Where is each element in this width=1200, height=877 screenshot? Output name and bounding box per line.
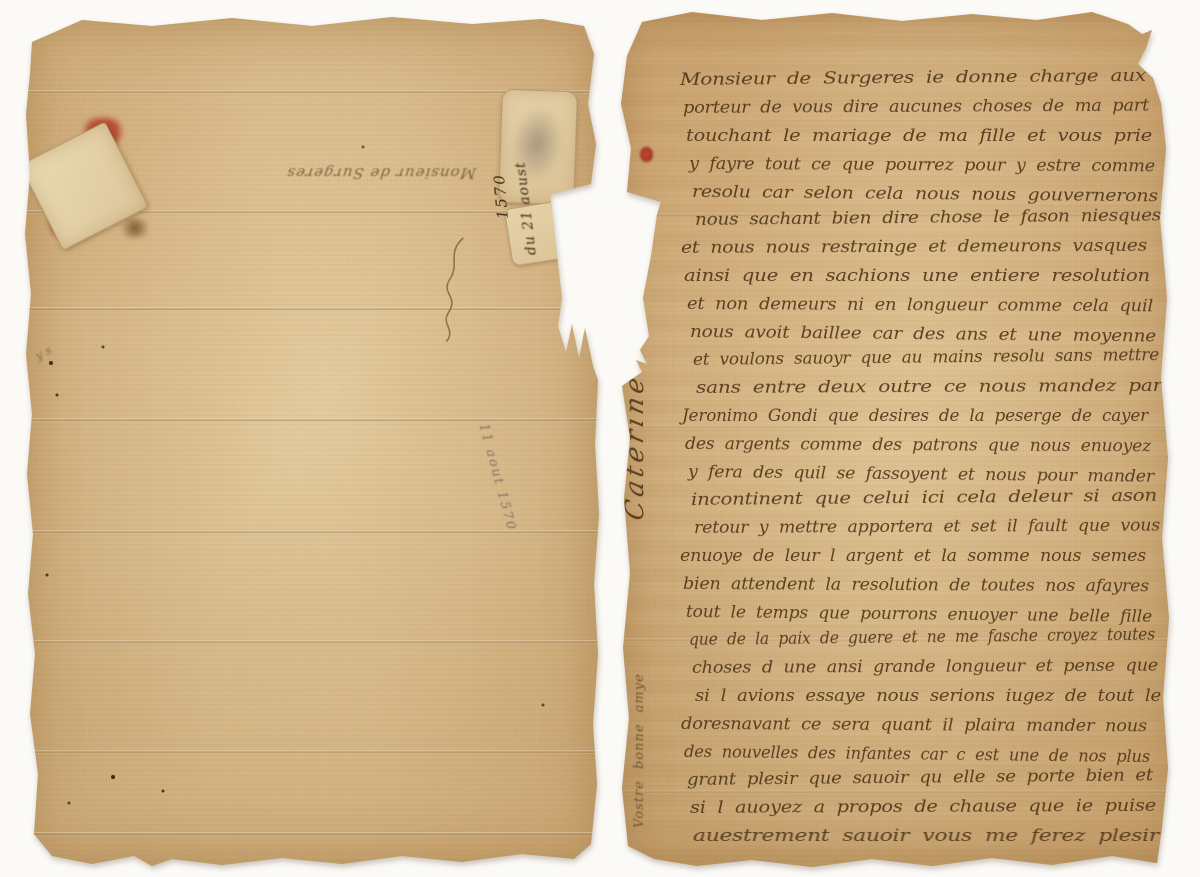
handwriting-line-text: y fayre tout ce que pourrez pour y estre… [689, 154, 1155, 176]
handwriting-line: porteur de vous dire aucunes choses de m… [683, 98, 1166, 126]
letter-body-text: Monsieur de Surgeres ie donne charge aux… [684, 70, 1166, 854]
handwriting-line-text: resolu car selon cela nous nous gouverne… [692, 182, 1158, 206]
handwriting-line: touchant le mariage de ma fille et vous … [686, 126, 1166, 154]
bleedthrough-line: que de la paix de guere et ne me fasche … [38, 758, 560, 793]
handwriting-line: Jeronimo Gondi que desires de la peserge… [682, 406, 1166, 434]
signature: Caterine [620, 371, 650, 523]
bleedthrough-line: tout le temps que pourrons enuoyer une b… [38, 723, 560, 758]
verso-paper: Monsieur de Surgeres ie donne charge aux… [22, 14, 602, 866]
ink-specks [22, 14, 24, 16]
closing-note: Vostre bonne amye [632, 673, 647, 828]
handwriting-line-text: porteur de vous dire aucunes choses de m… [683, 96, 1149, 118]
handwriting-line-text: incontinent que celui ici cela deleur si… [691, 486, 1157, 510]
handwriting-line-text: des nouvelles des infantes car c est une… [684, 742, 1150, 767]
bleedthrough-line: enuoye de leur l argent et la somme nous… [38, 653, 560, 688]
seal-stain [118, 218, 152, 238]
handwriting-line: incontinent que celui ici cela deleur si… [691, 490, 1166, 518]
handwriting-line-text: si l auoyez a propos de chause que ie pu… [690, 796, 1156, 818]
margin-closing-note: Vostre bonne amye Caterine [620, 344, 668, 864]
handwriting-line: nous sachant bien dire chose le fason ni… [695, 210, 1166, 238]
handwriting-line-text: doresnavant ce sera quant il plaira mand… [681, 714, 1147, 736]
handwriting-line: y fayre tout ce que pourrez pour y estre… [689, 154, 1166, 182]
bleedthrough-line: retour y mettre apportera et set il faul… [38, 618, 560, 653]
bleedthrough-line: et non demeurs ni en longueur comme cela… [38, 338, 560, 373]
handwriting-line-text: sans entre deux outre ce nous mandez par [696, 376, 1162, 398]
letter-recto-page: Monsieur de Surgeres ie donne charge aux… [612, 8, 1188, 872]
handwriting-line: que de la paix de guere et ne me fasche … [689, 630, 1166, 658]
handwriting-line: choses d une ansi grande longueur et pen… [692, 658, 1166, 686]
wax-seal-remnant [640, 146, 653, 163]
bleedthrough-line: nous sachant bien dire chose le fason ni… [38, 233, 560, 268]
photograph: Monsieur de Surgeres ie donne charge aux… [0, 0, 1200, 877]
handwriting-line-text: choses d une ansi grande longueur et pen… [692, 656, 1158, 678]
bleedthrough-line: Monsieur de Surgeres ie donne charge aux [38, 58, 560, 93]
bleedthrough-line: Jeronimo Gondi que desires de la peserge… [38, 478, 560, 513]
handwriting-line-text: si l avions essaye nous serions iugez de… [695, 686, 1161, 706]
handwriting-line: retour y mettre apportera et set il faul… [694, 518, 1166, 546]
handwriting-line-text: et non demeurs ni en longueur comme cela… [687, 294, 1153, 316]
handwriting-line: si l auoyez a propos de chause que ie pu… [690, 798, 1166, 826]
handwriting-line: Monsieur de Surgeres ie donne charge aux [680, 70, 1166, 98]
handwriting-line: grant plesir que sauoir qu elle se porte… [687, 770, 1166, 798]
handwriting-line-text: tout le temps que pourrons enuoyer une b… [686, 602, 1152, 627]
bleedthrough-line: bien attendent la resolution de toutes n… [38, 688, 560, 723]
handwriting-line-text: grant plesir que sauoir qu elle se porte… [687, 765, 1153, 790]
handwriting-line: auestrement sauoir vous me ferez plesir [693, 826, 1166, 854]
handwriting-line-text: que de la paix de guere et ne me fasche … [689, 625, 1155, 650]
handwriting-line-text: ainsi que en sachions une entiere resolu… [684, 266, 1150, 286]
bleedthrough-line: des argents comme des patrons que nous e… [38, 513, 560, 548]
handwriting-line-text: enuoye de leur l argent et la somme nous… [680, 546, 1146, 566]
handwriting-line: enuoye de leur l argent et la somme nous… [680, 546, 1166, 574]
handwriting-line-text: bien attendent la resolution de toutes n… [683, 574, 1149, 596]
handwriting-line-text: auestrement sauoir vous me ferez plesir [693, 826, 1159, 846]
handwriting-line-text: Jeronimo Gondi que desires de la peserge… [682, 406, 1148, 426]
handwriting-line-text: et nous nous restrainge et demeurons vas… [681, 236, 1147, 258]
handwriting-line: et voulons sauoyr que au mains resolu sa… [693, 350, 1166, 378]
bleedthrough-line: choses d une ansi grande longueur et pen… [38, 793, 560, 828]
handwriting-line-text: Monsieur de Surgeres ie donne charge aux [680, 66, 1146, 90]
recto-paper: Monsieur de Surgeres ie donne charge aux… [612, 8, 1188, 872]
handwriting-line-text: des argents comme des patrons que nous e… [685, 434, 1151, 456]
seal-paper-flap-lower [504, 200, 574, 267]
address-note: Monsieur de Surgeres [260, 148, 480, 182]
handwriting-line: et non demeurs ni en longueur comme cela… [687, 294, 1166, 322]
handwriting-line-text: nous sachant bien dire chose le fason ni… [695, 205, 1161, 230]
handwriting-line-text: retour y mettre apportera et set il faul… [694, 516, 1160, 538]
handwriting-line: si l avions essaye nous serions iugez de… [695, 686, 1166, 714]
bleedthrough-line: y fera des quil se fassoyent et nous pou… [38, 548, 560, 583]
bleedthrough-line: si l avions essaye nous serions iugez de… [38, 828, 560, 863]
handwriting-line: doresnavant ce sera quant il plaira mand… [681, 714, 1166, 742]
handwriting-line: bien attendent la resolution de toutes n… [683, 574, 1166, 602]
bleedthrough-line: incontinent que celui ici cela deleur si… [38, 583, 560, 618]
handwriting-line: et nous nous restrainge et demeurons vas… [681, 238, 1166, 266]
handwriting-line-text: y fera des quil se fassoyent et nous pou… [688, 462, 1154, 487]
letter-verso-page: Monsieur de Surgeres ie donne charge aux… [22, 14, 602, 866]
handwriting-line: ainsi que en sachions une entiere resolu… [684, 266, 1166, 294]
handwriting-line: des argents comme des patrons que nous e… [685, 434, 1166, 462]
handwriting-line-text: nous avoit baillee car des ans et une mo… [690, 322, 1156, 346]
handwriting-line-text: et voulons sauoyr que au mains resolu sa… [693, 345, 1159, 370]
handwriting-line-text: touchant le mariage de ma fille et vous … [686, 126, 1152, 146]
handwriting-line: sans entre deux outre ce nous mandez par [696, 378, 1166, 406]
